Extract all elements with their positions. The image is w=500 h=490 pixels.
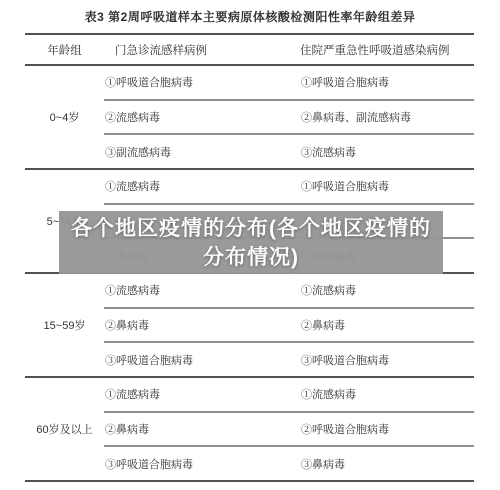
pathogen-cell-ili: ②鼻病毒 [104, 317, 300, 333]
watermark-overlay: 各个地区疫情的分布(各个地区疫情的 分布情况) [59, 211, 443, 274]
pathogen-cell-sari: ①流感病毒 [300, 386, 474, 402]
table-row: ②鼻病毒 ②鼻病毒 [104, 309, 474, 344]
pathogen-cell-sari: ①呼吸道合胞病毒 [300, 74, 474, 90]
table-header-row: 年龄组 门急诊流感样病例 住院严重急性呼吸道感染病例 [25, 35, 474, 66]
pathogen-cell-sari: ②呼吸道合胞病毒 [300, 421, 474, 437]
pathogen-cell-ili: ①流感病毒 [104, 178, 300, 194]
table-row: ①流感病毒 ①呼吸道合胞病毒 [104, 170, 474, 205]
table-row: ②流感病毒 ②鼻病毒、副流感病毒 [104, 101, 474, 136]
pathogen-cell-ili: ①呼吸道合胞病毒 [104, 74, 300, 90]
pathogen-cell-sari: ③鼻病毒 [300, 456, 474, 472]
pathogen-cell-ili: ①流感病毒 [104, 386, 300, 402]
column-header-ili-cases: 门急诊流感样病例 [104, 42, 300, 58]
age-group-cell: 0~4岁 [25, 66, 104, 168]
column-header-sari-cases: 住院严重急性呼吸道感染病例 [300, 42, 474, 58]
pathogen-cell-sari: ③流感病毒 [300, 144, 474, 160]
table-caption: 表3 第2周呼吸道样本主要病原体核酸检测阳性率年龄组差异 [0, 8, 500, 25]
pathogen-cell-sari: ②鼻病毒、副流感病毒 [300, 109, 474, 125]
table-row: ③副流感病毒 ③流感病毒 [104, 135, 474, 168]
table-row: ①流感病毒 ①流感病毒 [104, 378, 474, 413]
pathogen-cell-sari: ①流感病毒 [300, 282, 474, 298]
column-header-age-group: 年龄组 [25, 42, 104, 58]
table-row: ①流感病毒 ①流感病毒 [104, 274, 474, 309]
table-section-age-60-plus: 60岁及以上 ①流感病毒 ①流感病毒 ②鼻病毒 ②呼吸道合胞病毒 ③呼吸道合胞病… [25, 378, 474, 482]
table-row: ③呼吸道合胞病毒 ③鼻病毒 [104, 447, 474, 480]
table-section-age-0-4: 0~4岁 ①呼吸道合胞病毒 ①呼吸道合胞病毒 ②流感病毒 ②鼻病毒、副流感病毒 … [25, 66, 474, 170]
table-row: ②鼻病毒 ②呼吸道合胞病毒 [104, 413, 474, 448]
pathogen-cell-ili: ③副流感病毒 [104, 144, 300, 160]
watermark-text-line1: 各个地区疫情的分布(各个地区疫情的 [71, 214, 431, 243]
report-page: 表3 第2周呼吸道样本主要病原体核酸检测阳性率年龄组差异 年龄组 门急诊流感样病… [0, 0, 500, 490]
pathogen-cell-ili: ②鼻病毒 [104, 421, 300, 437]
pathogen-cell-ili: ③呼吸道合胞病毒 [104, 352, 300, 368]
pathogen-cell-ili: ①流感病毒 [104, 282, 300, 298]
pathogen-cell-sari: ②鼻病毒 [300, 317, 474, 333]
age-group-cell: 60岁及以上 [25, 378, 104, 480]
table-row: ①呼吸道合胞病毒 ①呼吸道合胞病毒 [104, 66, 474, 101]
table-section-age-15-59: 15~59岁 ①流感病毒 ①流感病毒 ②鼻病毒 ②鼻病毒 ③呼吸道合胞病毒 ③呼… [25, 274, 474, 378]
pathogen-cell-ili: ③呼吸道合胞病毒 [104, 456, 300, 472]
pathogen-cell-sari: ①呼吸道合胞病毒 [300, 178, 474, 194]
table-row: ③呼吸道合胞病毒 ③呼吸道合胞病毒 [104, 343, 474, 376]
pathogen-cell-ili: ②流感病毒 [104, 109, 300, 125]
pathogen-cell-sari: ③呼吸道合胞病毒 [300, 352, 474, 368]
age-group-cell: 15~59岁 [25, 274, 104, 376]
watermark-text-line2: 分布情况) [203, 243, 299, 272]
